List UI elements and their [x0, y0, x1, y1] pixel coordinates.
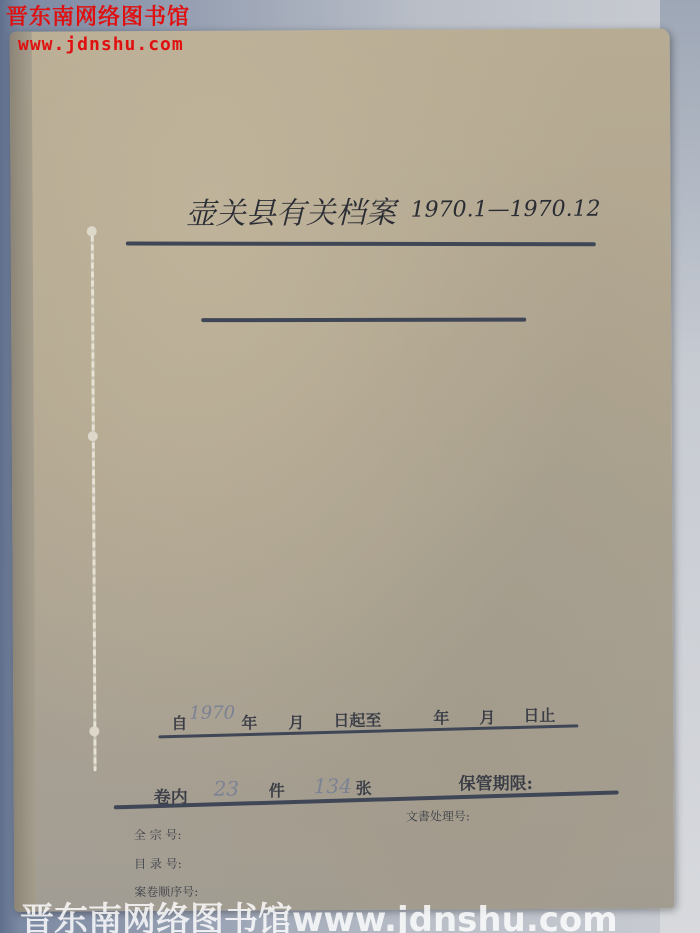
watermark-bottom: 晋东南网络图书馆www.jdnshu.com — [20, 892, 618, 933]
month-label: 月 — [288, 710, 304, 733]
month-label-2: 月 — [479, 705, 495, 728]
archive-folder-cover: 壶关县有关档案 1970.1—1970.12 自 1970 年 月 日起至 年 … — [10, 28, 675, 911]
handwritten-title: 壶关县有关档案 — [186, 188, 396, 233]
items-label: 件 — [269, 778, 285, 801]
watermark-top-chinese: 晋东南网络图书馆 — [6, 0, 190, 31]
year-label: 年 — [241, 710, 257, 733]
binding-knot — [88, 431, 98, 441]
handwritten-date-range: 1970.1—1970.12 — [411, 197, 601, 223]
title-underline-1 — [126, 241, 596, 246]
year-label-2: 年 — [433, 705, 449, 728]
title-underline-2 — [201, 318, 526, 323]
binding-knot — [87, 226, 97, 236]
date-from-year: 1970 — [189, 703, 235, 724]
catalog-number-label: 目 录 号: — [134, 855, 182, 872]
fonds-number-label: 全 宗 号: — [134, 826, 182, 843]
sheets-label: 张 — [356, 776, 372, 799]
retention-label: 保管期限: — [459, 769, 533, 794]
date-from-label: 自 — [171, 711, 187, 734]
day-from-label: 日起至 — [333, 708, 381, 731]
sheet-count: 134 — [314, 774, 352, 798]
binding-knot — [89, 726, 99, 736]
binding-string — [91, 226, 97, 771]
day-to-label: 日止 — [523, 703, 555, 726]
watermark-top-url: www.jdnshu.com — [18, 34, 184, 55]
folder-spine-edge — [10, 32, 37, 912]
item-count: 23 — [214, 777, 240, 801]
document-number-label: 文書处理号: — [406, 807, 470, 824]
